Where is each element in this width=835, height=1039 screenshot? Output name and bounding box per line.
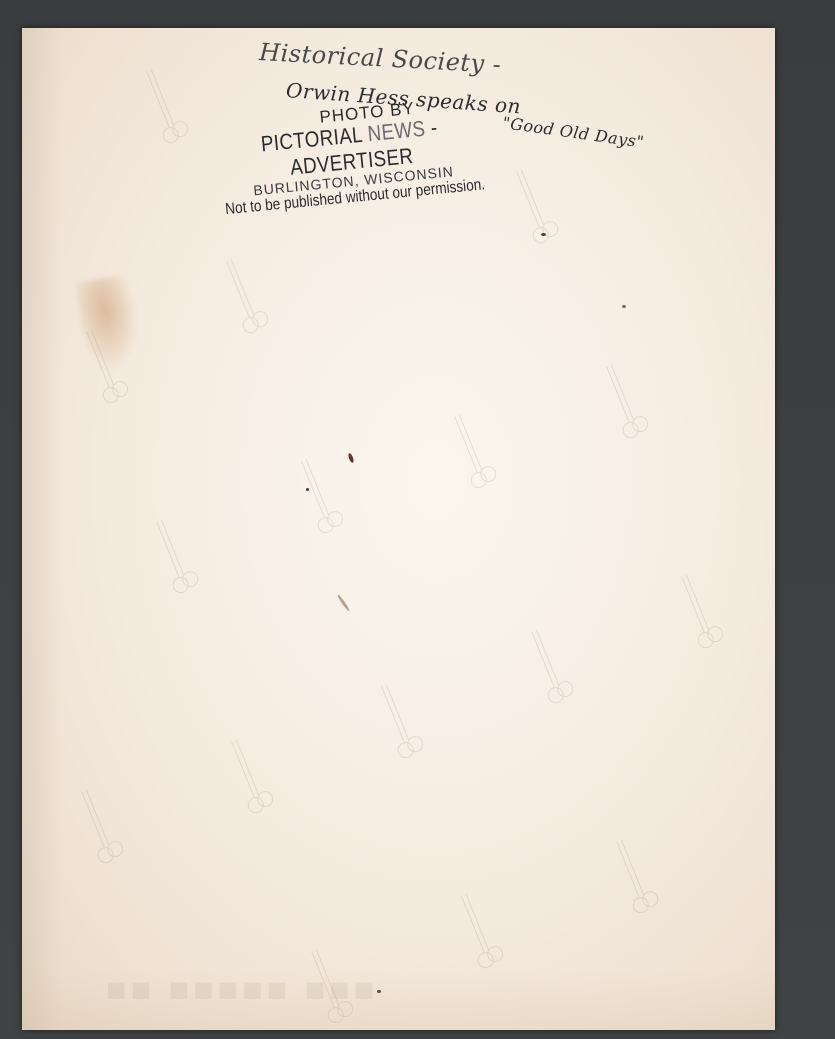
- ink-spot: [541, 233, 546, 236]
- ink-spot: [347, 453, 354, 464]
- photo-back-paper: Historical Society - Orwin Hess speaks o…: [22, 28, 775, 1030]
- paper-watermark: [673, 572, 723, 654]
- paper-watermark: [453, 892, 503, 974]
- paper-watermark: [293, 457, 343, 539]
- photographer-stamp: PHOTO BY PICTORIAL NEWS - ADVERTISER BUR…: [192, 90, 510, 221]
- paper-watermark: [218, 257, 268, 339]
- scuff-mark: [337, 594, 351, 612]
- paper-watermark: [148, 517, 198, 599]
- paper-watermark: [608, 837, 658, 919]
- paper-watermark: [446, 412, 496, 494]
- paper-watermark: [138, 67, 188, 149]
- paper-watermark: [303, 947, 353, 1029]
- handwritten-title: Historical Society -: [259, 38, 503, 79]
- stamp-publisher-part2: NEWS: [366, 116, 426, 146]
- paper-watermark: [223, 737, 273, 819]
- bleed-through-text: ■■■ ■■■■■ ■■: [102, 971, 374, 1010]
- ink-spot: [622, 305, 626, 308]
- handwritten-topic: "Good Old Days": [501, 113, 645, 152]
- paper-watermark: [508, 167, 558, 249]
- paper-watermark: [373, 682, 423, 764]
- ink-spot: [377, 990, 381, 993]
- paper-watermark: [73, 787, 123, 869]
- paper-watermark: [598, 362, 648, 444]
- paper-watermark: [523, 627, 573, 709]
- ink-spot: [306, 488, 309, 491]
